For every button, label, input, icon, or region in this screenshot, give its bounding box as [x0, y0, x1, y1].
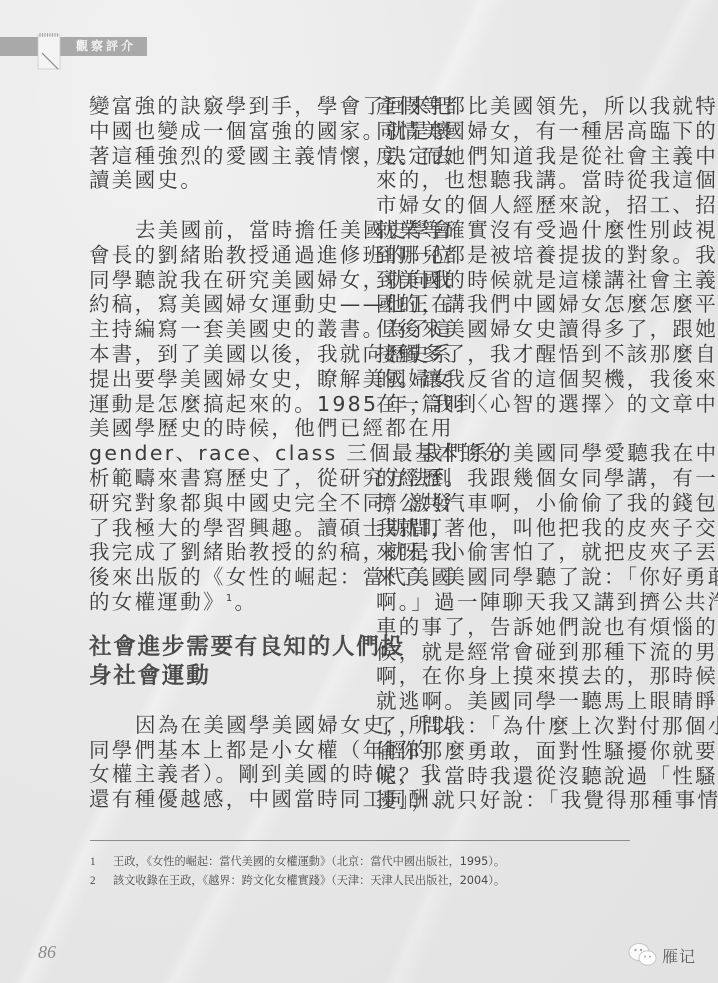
text-line: 主持編寫一套美國史的叢書。為了這: [89, 317, 347, 342]
text-line: 運動是怎麼搞起來的。1985 年，我到: [89, 392, 347, 417]
text-line: 來的，也想聽我講。當時從我這個城: [376, 168, 634, 193]
paragraph: 因為在美國學美國婦女史，所以 同學們基本上都是小女權（年輕的 女權主義者）。剛到…: [89, 713, 347, 812]
wechat-watermark: 雁记: [628, 940, 696, 970]
text-line: 還有種優越感，中國當時同工同酬、: [89, 787, 347, 812]
text-line: 同學們基本上都是小女權（年輕的: [89, 738, 347, 763]
notepad-icon: [36, 31, 64, 71]
left-column: 變富強的訣竅學到手，學會了回來把 中國也變成一個富強的國家。就是懷 著這種強烈的…: [89, 94, 347, 812]
text-line: 會長的劉緒貽教授通過進修班的一位: [89, 243, 347, 268]
text-line: 同學聽說我在研究美國婦女，就向我: [89, 268, 347, 293]
paragraph: 變富強的訣竅學到手，學會了回來把 中國也變成一個富強的國家。就是懷 著這種強烈的…: [89, 94, 347, 193]
text-line: 國的，講我們中國婦女怎麼怎麼平等，: [376, 292, 634, 317]
text-line: 來了。美國同學聽了說：「你好勇敢: [376, 565, 634, 590]
text-line: 了我極大的學習興趣。讀碩士期間，: [89, 516, 347, 541]
footnote-text: 王政，《女性的崛起：當代美國的女權運動》（北京：當代中國出版社，1995）。: [113, 855, 505, 868]
text-line: 的。讓我反省的這個契機，我後來寫: [376, 367, 634, 392]
text-line: 了，問我：「為什麼上次對付那個小: [376, 714, 634, 739]
right-column: 產假等都比美國領先，所以我就特別 同情美國婦女，有一種居高臨下的態 度。而她們知…: [376, 94, 634, 813]
text-line: 變富強的訣竅學到手，學會了回來把: [89, 94, 347, 119]
text-line: 本書，到了美國以後，我就向歷史系: [89, 342, 347, 367]
text-line: 擾」，就只好說：「我覺得那種事情: [376, 788, 634, 813]
text-line: 候，就是經常會碰到那種下流的男人: [376, 640, 634, 665]
text-line: 美國學歷史的時候，他們已經都在用: [89, 416, 347, 441]
text-line: 擠公共汽車啊，小偷偷了我的錢包，: [376, 491, 634, 516]
text-line: 我就盯著他，叫他把我的皮夾子交出: [376, 516, 634, 541]
footnote-item: 2該文收錄在王政，《越界：跨文化女權實踐》（天津：天津人民出版社，2004）。: [90, 872, 630, 891]
heading-line: 身社會運動: [89, 662, 347, 691]
text-span: 。: [234, 590, 257, 614]
text-line: 中國也變成一個富強的國家。就是懷: [89, 119, 347, 144]
text-line: 約稿，寫美國婦女運動史——他正在: [89, 292, 347, 317]
text-line: 著這種強烈的愛國主義情懷，決定去: [89, 144, 347, 169]
paragraph: 去美國前，當時擔任美國史學會 會長的劉緒貽教授通過進修班的一位 同學聽說我在研究…: [89, 218, 347, 615]
page-number: 86: [38, 942, 56, 963]
text-line: 就業等確實沒有受過什麼性別歧視，: [376, 218, 634, 243]
text-line: 去美國前，當時擔任美國史學會: [89, 218, 347, 243]
text-line: 啊，在你身上摸來摸去的，那時候你: [376, 664, 634, 689]
text-line: 的女權運動》1。: [89, 590, 347, 615]
text-line: 析範疇來書寫歷史了，從研究方法到: [89, 466, 347, 491]
text-line: 同情美國婦女，有一種居高臨下的態: [376, 119, 634, 144]
text-line: 在一篇叫〈心智的選擇〉的文章中2。: [376, 392, 634, 417]
text-line: gender、race、class 三個最基本的分: [89, 441, 347, 466]
text-line: 到美國的時候就是這樣講社會主義中: [376, 268, 634, 293]
text-line: 的經歷。我跟幾個女同學講，有一次: [376, 466, 634, 491]
text-line: 讀美國史。: [89, 168, 347, 193]
text-line: 呢？」當時我還從沒聽說過「性騷: [376, 764, 634, 789]
text-line: 提出要學美國婦女史，瞭解美國婦女: [89, 367, 347, 392]
text-line: 就逃啊。美國同學一聽馬上眼睛睜大: [376, 689, 634, 714]
footnote-number: 1: [90, 854, 113, 872]
section-heading: 社會進步需要有良知的人們投 身社會運動: [89, 633, 347, 691]
footnote-text: 該文收錄在王政，《越界：跨文化女權實踐》（天津：天津人民出版社，2004）。: [113, 874, 505, 887]
text-span: 的女權運動》: [89, 590, 226, 614]
footnote-divider: [90, 840, 630, 841]
text-line: 啊。」過一陣聊天我又講到擠公共汽: [376, 590, 634, 615]
text-line: 我完成了劉緒貽教授的約稿，就是我: [89, 540, 347, 565]
text-line: 但後來美國婦女史讀得多了，跟她們: [376, 317, 634, 342]
watermark-label: 雁记: [662, 944, 696, 967]
footnotes: 1王政，《女性的崛起：當代美國的女權運動》（北京：當代中國出版社，1995）。 …: [90, 853, 630, 890]
text-line: 產假等都比美國領先，所以我就特別: [376, 94, 634, 119]
text-line: 女權主義者）。剛到美國的時候，我: [89, 762, 347, 787]
text-span: 在一篇叫〈心智的選擇〉的文章中: [376, 392, 718, 416]
text-line: 因為在美國學美國婦女史，所以: [89, 713, 347, 738]
text-line: 度。而她們知道我是從社會主義中國: [376, 144, 634, 169]
text-line: 接觸多了，我才醒悟到不該那麼自滿: [376, 342, 634, 367]
text-line: 我們系的美國同學愛聽我在中國: [376, 441, 634, 466]
text-line: 後來出版的《女性的崛起：當代美國: [89, 565, 347, 590]
text-line: 車的事了，告訴她們說也有煩惱的時: [376, 615, 634, 640]
text-line: 市婦女的個人經歷來說，招工、招生、: [376, 193, 634, 218]
wechat-icon: [628, 942, 658, 968]
footnote-number: 2: [90, 873, 113, 891]
footnote-item: 1王政，《女性的崛起：當代美國的女權運動》（北京：當代中國出版社，1995）。: [90, 853, 630, 872]
heading-line: 社會進步需要有良知的人們投: [89, 633, 347, 662]
paragraph: 產假等都比美國領先，所以我就特別 同情美國婦女，有一種居高臨下的態 度。而她們知…: [376, 94, 634, 416]
text-line: 研究對象都與中國史完全不同，激發: [89, 491, 347, 516]
text-line: 偷你那麼勇敢，面對性騷擾你就要逃: [376, 739, 634, 764]
text-line: 來呀，小偷害怕了，就把皮夾子丟出: [376, 540, 634, 565]
text-line: 到哪兒都是被培養提拔的對象。我剛: [376, 243, 634, 268]
section-tag: 觀察評介: [66, 37, 146, 56]
paragraph: 我們系的美國同學愛聽我在中國 的經歷。我跟幾個女同學講，有一次 擠公共汽車啊，小…: [376, 441, 634, 813]
